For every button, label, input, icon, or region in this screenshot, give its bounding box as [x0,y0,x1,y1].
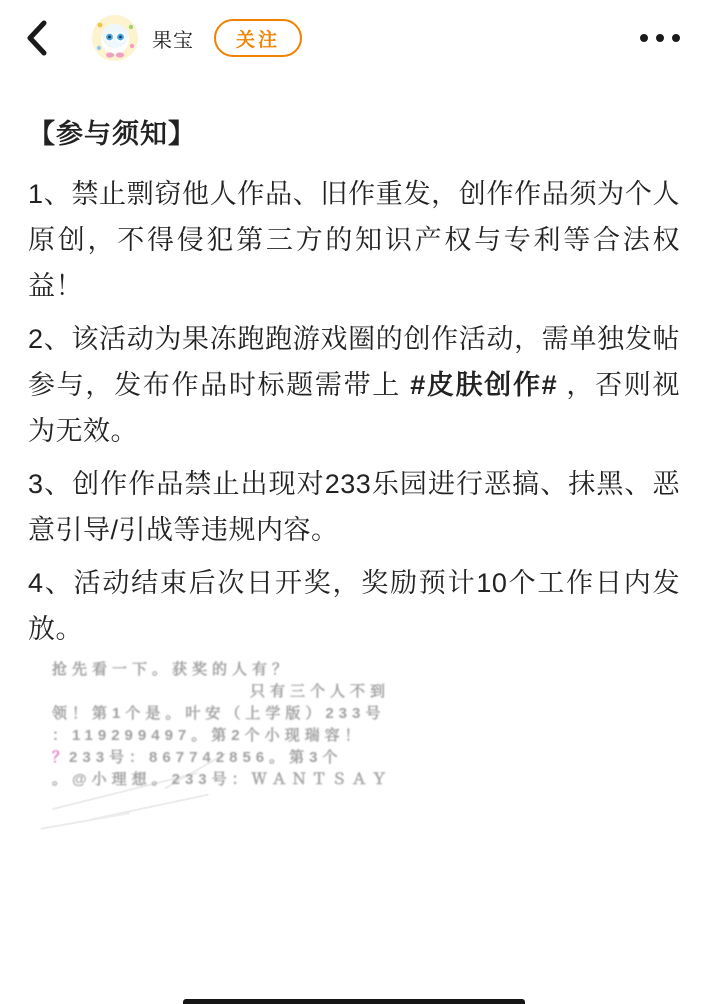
username-label: 果宝 [152,24,194,53]
post-detail-screen: 果宝 关注 【参与须知】 1、禁止剽窃他人作品、旧作重发，创作作品须为个人原创，… [0,0,708,1004]
post-body: 【参与须知】 1、禁止剽窃他人作品、旧作重发，创作作品须为个人原创，不得侵犯第三… [0,76,708,791]
back-button[interactable] [26,18,60,58]
rule-item-4: 4、活动结束后次日开奖，奖励预计10个工作日内发放。 [28,560,680,652]
rule-item-2: 2、该活动为果冻跑跑游戏圈的创作活动，需单独发帖参与，发布作品时标题需带上 #皮… [28,316,680,454]
overlay-line: 抢先看一下。获奖的人有？ [52,659,680,681]
follow-button[interactable]: 关注 [214,19,302,57]
overlay-line: 领！第1个是。叶安（上学版）233号 [52,703,680,725]
hashtag-skin-creation: #皮肤创作# [410,370,557,400]
jelly-character-avatar-icon [92,15,138,61]
faint-scribble-marks [30,762,270,842]
dot-icon [640,34,648,42]
rule-item-1: 1、禁止剽窃他人作品、旧作重发，创作作品须为个人原创，不得侵犯第三方的知识产权与… [28,171,680,309]
avatar[interactable] [92,15,138,61]
chevron-left-icon [26,20,48,56]
overlay-line: ：119299497。第2个小现瑞容！ [52,725,680,747]
overlay-line: 只有三个人不到 [52,681,680,703]
home-indicator-bar [183,999,525,1004]
top-bar: 果宝 关注 [0,0,708,76]
section-title: 【参与须知】 [28,112,680,151]
more-options-button[interactable] [638,26,682,50]
dot-icon [672,34,680,42]
dot-icon [656,34,664,42]
rule-item-3: 3、创作作品禁止出现对233乐园进行恶搞、抹黑、恶意引导/引战等违规内容。 [28,461,680,553]
